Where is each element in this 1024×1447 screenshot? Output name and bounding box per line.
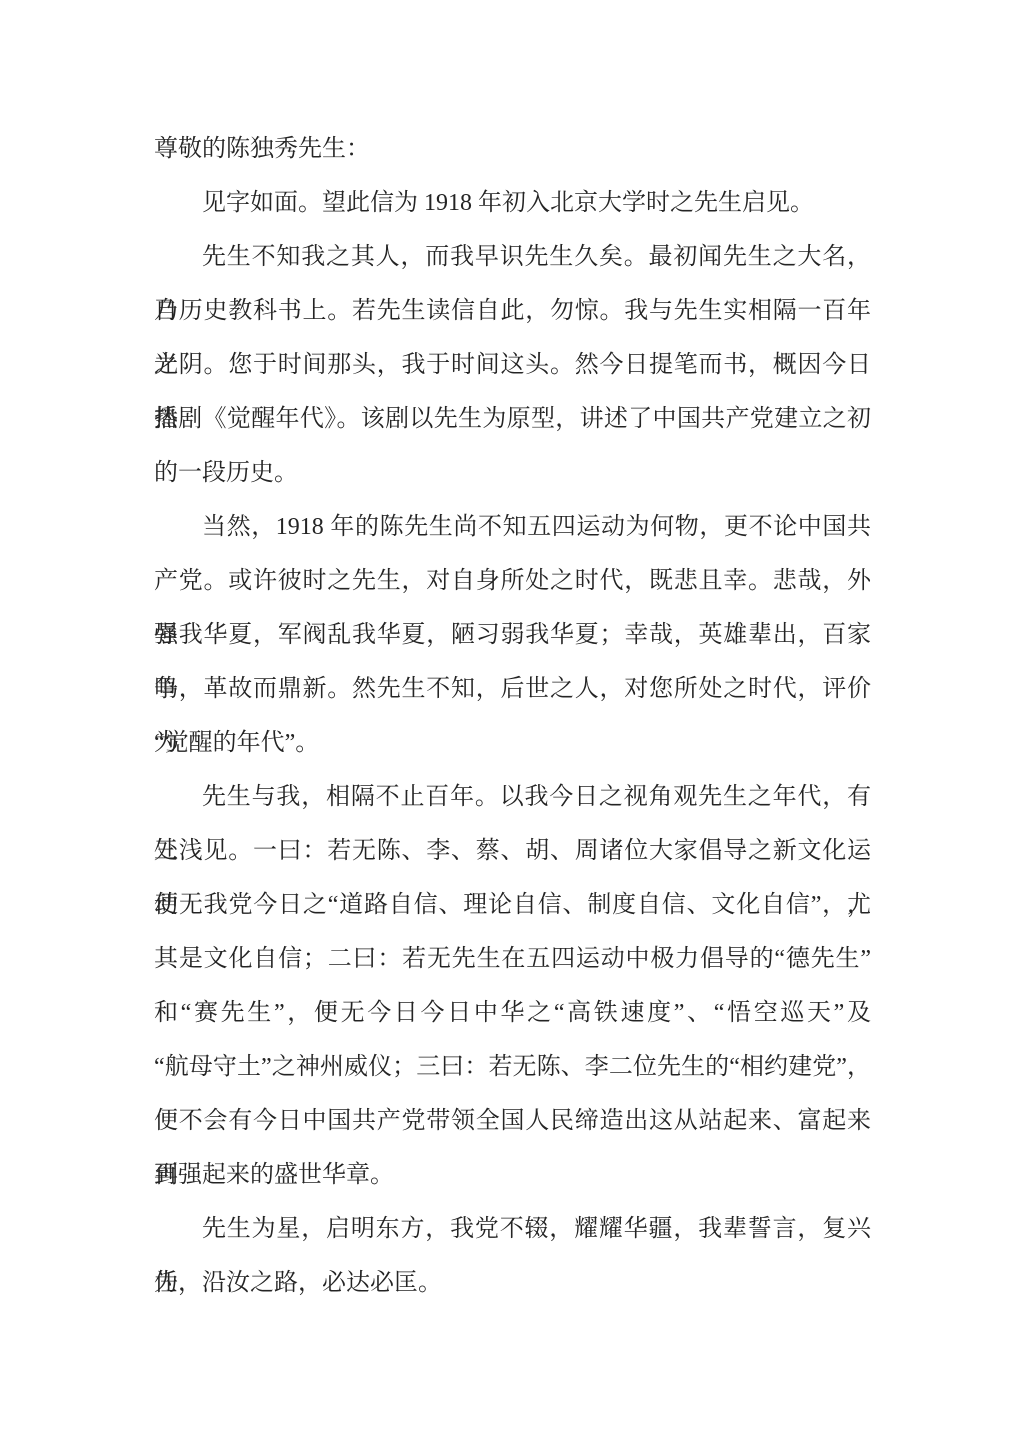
- letter-line: 鸣，革故而鼎新。然先生不知，后世之人，对您所处之时代，评价为: [154, 662, 871, 716]
- letter-line: 便不会有今日中国共产党带领全国人民缔造出这从站起来、富起来再: [154, 1094, 871, 1148]
- letter-line: 任，沿汝之路，必达必匡。: [154, 1256, 871, 1310]
- letter-line: 先生为星，启明东方，我党不辍，耀耀华疆，我辈誓言，复兴为: [154, 1202, 871, 1256]
- letter-line: 产党。或许彼时之先生，对自身所处之时代，既悲且幸。悲哉，外强: [154, 554, 871, 608]
- letter-line: 的一段历史。: [154, 446, 871, 500]
- letter-line: 播剧《觉醒年代》。该剧以先生为原型，讲述了中国共产党建立之初: [154, 392, 871, 446]
- document-page: 尊敬的陈独秀先生：见字如面。望此信为 1918 年初入北京大学时之先生启见。先生…: [0, 0, 1024, 1447]
- paragraph: 当然，1918 年的陈先生尚不知五四运动为何物，更不论中国共产党。或许彼时之先生…: [154, 500, 871, 770]
- letter-line: 到强起来的盛世华章。: [154, 1148, 871, 1202]
- paragraph: 先生为星，启明东方，我党不辍，耀耀华疆，我辈誓言，复兴为任，沿汝之路，必达必匡。: [154, 1202, 871, 1310]
- paragraph: 先生与我，相隔不止百年。以我今日之视角观先生之年代，有三处浅见。一曰：若无陈、李…: [154, 770, 871, 1202]
- letter-body: 尊敬的陈独秀先生：见字如面。望此信为 1918 年初入北京大学时之先生启见。先生…: [154, 122, 871, 1310]
- paragraph: 尊敬的陈独秀先生：: [154, 122, 871, 176]
- letter-line: 先生与我，相隔不止百年。以我今日之视角观先生之年代，有三: [154, 770, 871, 824]
- letter-line: 先生不知我之其人，而我早识先生久矣。最初闻先生之大名，乃: [154, 230, 871, 284]
- letter-line: 自历史教科书上。若先生读信自此，勿惊。我与先生实相隔一百年之: [154, 284, 871, 338]
- letter-line: 辱我华夏，军阀乱我华夏，陋习弱我华夏；幸哉，英雄辈出，百家争: [154, 608, 871, 662]
- letter-line: 和“赛先生”，便无今日今日中华之“高铁速度”、“悟空巡天”及: [154, 986, 871, 1040]
- letter-line: “航母守土”之神州威仪；三曰：若无陈、李二位先生的“相约建党”，: [154, 1040, 871, 1094]
- letter-line: 尊敬的陈独秀先生：: [154, 122, 871, 176]
- letter-line: 当然，1918 年的陈先生尚不知五四运动为何物，更不论中国共: [154, 500, 871, 554]
- paragraph: 见字如面。望此信为 1918 年初入北京大学时之先生启见。: [154, 176, 871, 230]
- paragraph: 先生不知我之其人，而我早识先生久矣。最初闻先生之大名，乃自历史教科书上。若先生读…: [154, 230, 871, 500]
- letter-line: 其是文化自信；二曰：若无先生在五四运动中极力倡导的“德先生”: [154, 932, 871, 986]
- letter-line: 见字如面。望此信为 1918 年初入北京大学时之先生启见。: [154, 176, 871, 230]
- letter-line: “觉醒的年代”。: [154, 716, 871, 770]
- letter-line: 便无我党今日之“道路自信、理论自信、制度自信、文化自信”，尤: [154, 878, 871, 932]
- letter-line: 处浅见。一曰：若无陈、李、蔡、胡、周诸位大家倡导之新文化运动，: [154, 824, 871, 878]
- letter-line: 光阴。您于时间那头，我于时间这头。然今日提笔而书，概因今日热: [154, 338, 871, 392]
